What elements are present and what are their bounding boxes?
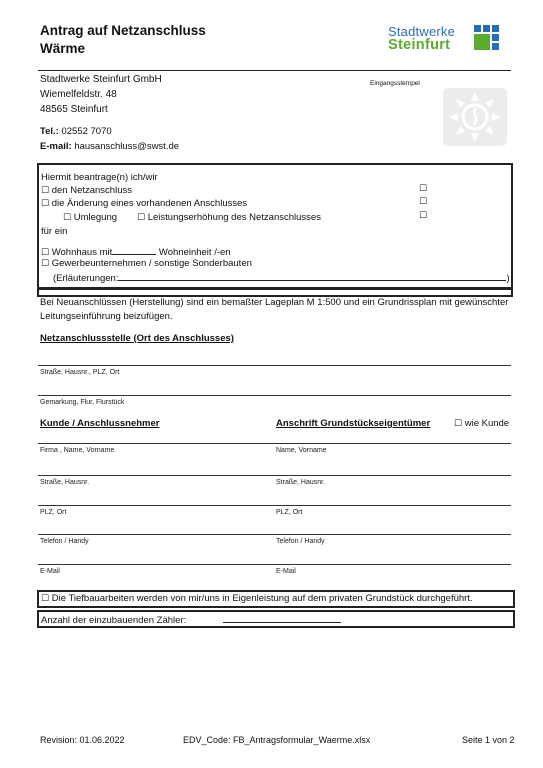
company-street: Wiemelfeldstr. 48 — [40, 87, 162, 102]
self-excavation-label: Die Tiefbauarbeiten werden von mir/uns i… — [52, 593, 473, 604]
checkbox-relocation[interactable]: ☐ — [63, 213, 71, 223]
name-field-line[interactable] — [38, 443, 511, 444]
company-city: 48565 Steinfurt — [40, 102, 162, 117]
option-new-connection[interactable]: ☐ den Netzanschluss — [41, 184, 132, 198]
tel-label: Tel.: — [40, 126, 59, 137]
option-label: den Netzanschluss — [52, 185, 132, 196]
location-parcel-line[interactable] — [38, 395, 511, 396]
logo-grid-icon — [474, 25, 500, 51]
checkbox-right-2[interactable]: ☐ — [419, 197, 427, 207]
customer-email-label: E-Mail — [40, 568, 60, 575]
customer-heading: Kunde / Anschlussnehmer — [40, 418, 159, 429]
checkbox-right-1[interactable]: ☐ — [419, 184, 427, 194]
owner-heading: Anschrift Grundstückseigentümer — [276, 418, 430, 429]
company-logo: Stadtwerke Steinfurt — [388, 24, 513, 54]
explanation-label: (Erläuterungen: — [53, 273, 118, 284]
customer-street-label: Straße, Hausnr. — [40, 479, 89, 486]
meter-count-label: Anzahl der einzubauenden Zähler: — [41, 615, 186, 626]
option-change-connection[interactable]: ☐ die Änderung eines vorhandenen Anschlu… — [41, 197, 247, 211]
email-value: hausanschluss@swst.de — [74, 141, 179, 152]
option-label: Leistungserhöhung des Netzanschlusses — [148, 212, 321, 223]
same-as-customer-label: wie Kunde — [465, 418, 509, 429]
owner-email-label: E-Mail — [276, 568, 296, 575]
request-box: Hiermit beantrage(n) ich/wir ☐ den Netza… — [37, 163, 513, 290]
phone-field-line[interactable] — [38, 534, 511, 535]
checkbox-new-connection[interactable]: ☐ — [41, 186, 49, 196]
checkbox-commercial[interactable]: ☐ — [41, 259, 49, 269]
location-heading: Netzanschlussstelle (Ort des Anschlusses… — [40, 333, 234, 344]
self-excavation-box[interactable]: ☐ Die Tiefbauarbeiten werden von mir/uns… — [37, 590, 515, 608]
meter-count-field[interactable] — [223, 612, 341, 623]
residential-units-field[interactable] — [112, 244, 156, 255]
explanation-close: ) — [506, 273, 509, 284]
owner-phone-label: Telefon / Handy — [276, 538, 325, 545]
checkbox-self-excavation[interactable]: ☐ — [41, 594, 49, 604]
request-intro: Hiermit beantrage(n) ich/wir — [41, 171, 158, 184]
location-street-line[interactable] — [38, 365, 511, 366]
company-name: Stadtwerke Steinfurt GmbH — [40, 72, 162, 87]
explanation-field[interactable] — [118, 270, 506, 281]
customer-name-label: Firma , Name, Vorname — [40, 447, 114, 454]
owner-name-label: Name, Vorname — [276, 447, 327, 454]
option-capacity-increase[interactable]: ☐ Leistungserhöhung des Netzanschlusses — [137, 211, 321, 225]
checkbox-right-3[interactable]: ☐ — [419, 211, 427, 221]
option-label: die Änderung eines vorhandenen Anschluss… — [52, 198, 247, 209]
document-title: Antrag auf Netzanschluss Wärme — [40, 22, 206, 58]
explanation-row: (Erläuterungen:) — [53, 270, 510, 285]
owner-street-label: Straße, Hausnr. — [276, 479, 325, 486]
email-field-line[interactable] — [38, 564, 511, 565]
customer-phone-label: Telefon / Handy — [40, 538, 89, 545]
street-field-line[interactable] — [38, 475, 511, 476]
footer-page: Seite 1 von 2 — [462, 735, 515, 745]
company-address: Stadtwerke Steinfurt GmbH Wiemelfeldstr.… — [40, 72, 162, 117]
title-line-1: Antrag auf Netzanschluss — [40, 22, 206, 40]
attachment-note: Bei Neuanschlüssen (Herstellung) sind ei… — [40, 296, 510, 324]
footer-revision: Revision: 01.06.2022 — [40, 735, 125, 745]
location-parcel-label: Gemarkung, Flur, Flurstück — [40, 399, 124, 406]
option-commercial[interactable]: ☐ Gewerbeunternehmen / sonstige Sonderba… — [41, 257, 252, 271]
same-as-customer-option[interactable]: ☐ wie Kunde — [454, 418, 509, 429]
location-street-label: Straße, Hausnr., PLZ, Ort — [40, 369, 119, 376]
option-relocation[interactable]: ☐ Umlegung — [63, 211, 117, 225]
checkbox-same-as-customer[interactable]: ☐ — [454, 419, 462, 429]
checkbox-capacity-increase[interactable]: ☐ — [137, 213, 145, 223]
customer-city-label: PLZ, Ort — [40, 509, 66, 516]
logo-text-line2: Steinfurt — [388, 37, 450, 53]
tel-value: 02552 7070 — [61, 126, 111, 137]
email-label: E-mail: — [40, 141, 72, 152]
commercial-label: Gewerbeunternehmen / sonstige Sonderbaut… — [52, 258, 252, 269]
title-line-2: Wärme — [40, 40, 206, 58]
owner-city-label: PLZ, Ort — [276, 509, 302, 516]
for-label: für ein — [41, 225, 67, 238]
meter-count-box: Anzahl der einzubauenden Zähler: — [37, 610, 515, 628]
option-label: Umlegung — [74, 212, 117, 223]
sun-heat-icon — [443, 88, 507, 146]
stamp-label: Eingangsstempel — [370, 80, 420, 87]
header-divider — [38, 70, 511, 71]
footer-edv-code: EDV_Code: FB_Antragsformular_Waerme.xlsx — [183, 735, 370, 745]
city-field-line[interactable] — [38, 505, 511, 506]
company-contact: Tel.: 02552 7070 E-mail: hausanschluss@s… — [40, 124, 179, 154]
checkbox-change-connection[interactable]: ☐ — [41, 199, 49, 209]
